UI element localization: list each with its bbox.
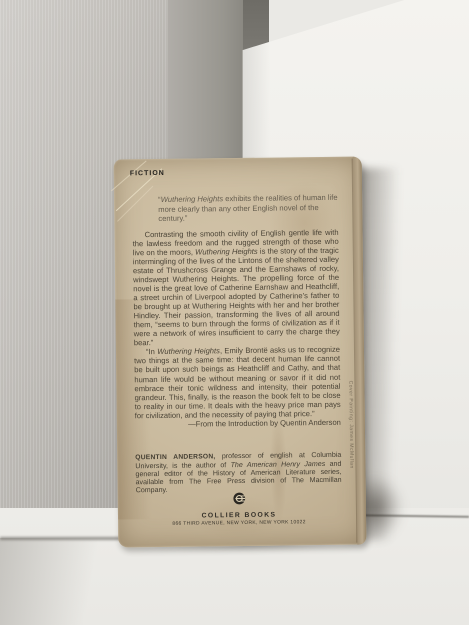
collier-books-logo-icon [232, 492, 245, 505]
publisher-imprint: COLLIER BOOKS 866 THIRD AVENUE, NEW YORK… [136, 491, 342, 527]
paperback-back-cover: FICTION “Wuthering Heights exhibits the … [114, 156, 367, 547]
bottom-left-shading [0, 538, 150, 625]
review-quote: “Wuthering Heights exhibits the realitie… [158, 193, 342, 224]
author-bio: Quentin Anderson, professor of english a… [135, 451, 341, 494]
photo-scene: FICTION “Wuthering Heights exhibits the … [0, 0, 469, 625]
introduction-excerpt-paragraph: “In Wuthering Heights, Emily Brontë asks… [134, 345, 341, 420]
publisher-address: 866 THIRD AVENUE, NEW YORK, NEW YORK 100… [136, 519, 342, 527]
back-cover-copy: Contrasting the smooth civility of Engli… [133, 228, 341, 429]
category-label: FICTION [130, 170, 165, 177]
synopsis-paragraph: Contrasting the smooth civility of Engli… [133, 228, 340, 348]
